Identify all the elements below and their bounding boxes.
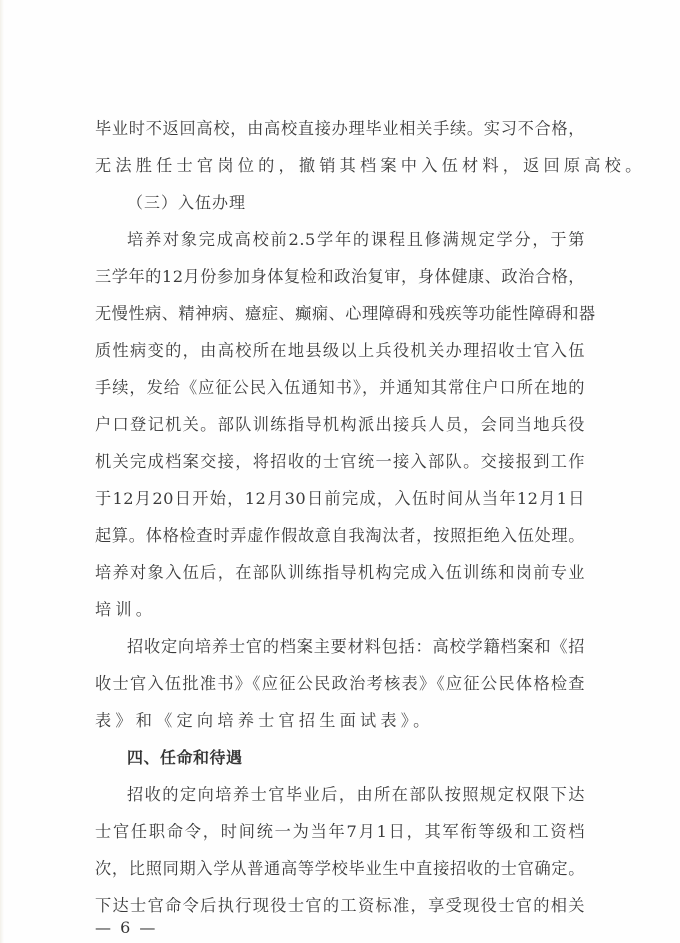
text-line: 三学年的12月份参加身体复检和政治复审，身体健康、政治合格， — [95, 266, 585, 288]
text-line: 手续，发给《应征公民入伍通知书》，并通知其常住户口所在地的 — [95, 377, 585, 399]
text-line: 起算。体格检查时弄虚作假故意自我淘汰者，按照拒绝入伍处理。 — [95, 525, 585, 547]
document-page: 毕业时不返回高校，由高校直接办理毕业相关手续。实习不合格， 无法胜任士官岗位的，… — [0, 0, 680, 943]
text-line: 无法胜任士官岗位的，撤销其档案中入伍材料，返回原高校。 — [95, 155, 585, 177]
text-line: 招收的定向培养士官毕业后，由所在部队按照规定权限下达 — [127, 784, 585, 806]
text-line: 下达士官命令后执行现役士官的工资标准，享受现役士官的相关 — [95, 895, 585, 917]
text-line: 毕业时不返回高校，由高校直接办理毕业相关手续。实习不合格， — [95, 118, 585, 140]
text-line: 机关完成档案交接，将招收的士官统一接入部队。交接报到工作 — [95, 451, 585, 473]
text-line: 培养对象入伍后，在部队训练指导机构完成入伍训练和岗前专业 — [95, 562, 585, 584]
text-line: 次，比照同期入学从普通高等学校毕业生中直接招收的士官确定。 — [95, 858, 585, 880]
page-edge-shadow — [0, 0, 4, 943]
section-heading-enlistment: （三）入伍办理 — [127, 192, 246, 214]
text-line: 表》和《定向培养士官招生面试表》。 — [95, 710, 585, 732]
text-line: 无慢性病、精神病、癔症、癫痫、心理障碍和残疾等功能性障碍和器 — [95, 303, 585, 325]
text-line: 于12月20日开始，12月30日前完成，入伍时间从当年12月1日 — [95, 488, 585, 510]
text-line: 培养对象完成高校前2.5学年的课程且修满规定学分，于第 — [127, 229, 585, 251]
text-line: 士官任职命令，时间统一为当年7月1日，其军衔等级和工资档 — [95, 821, 585, 843]
text-line: 质性病变的，由高校所在地县级以上兵役机关办理招收士官入伍 — [95, 340, 585, 362]
text-line: 收士官入伍批准书》《应征公民政治考核表》《应征公民体格检查 — [95, 673, 585, 695]
text-line: 户口登记机关。部队训练指导机构派出接兵人员，会同当地兵役 — [95, 414, 585, 436]
text-line: 培训。 — [95, 599, 585, 621]
page-number: — 6 — — [95, 918, 157, 938]
text-line: 招收定向培养士官的档案主要材料包括：高校学籍档案和《招 — [127, 636, 585, 658]
section-heading-appointment: 四、任命和待遇 — [127, 747, 243, 769]
